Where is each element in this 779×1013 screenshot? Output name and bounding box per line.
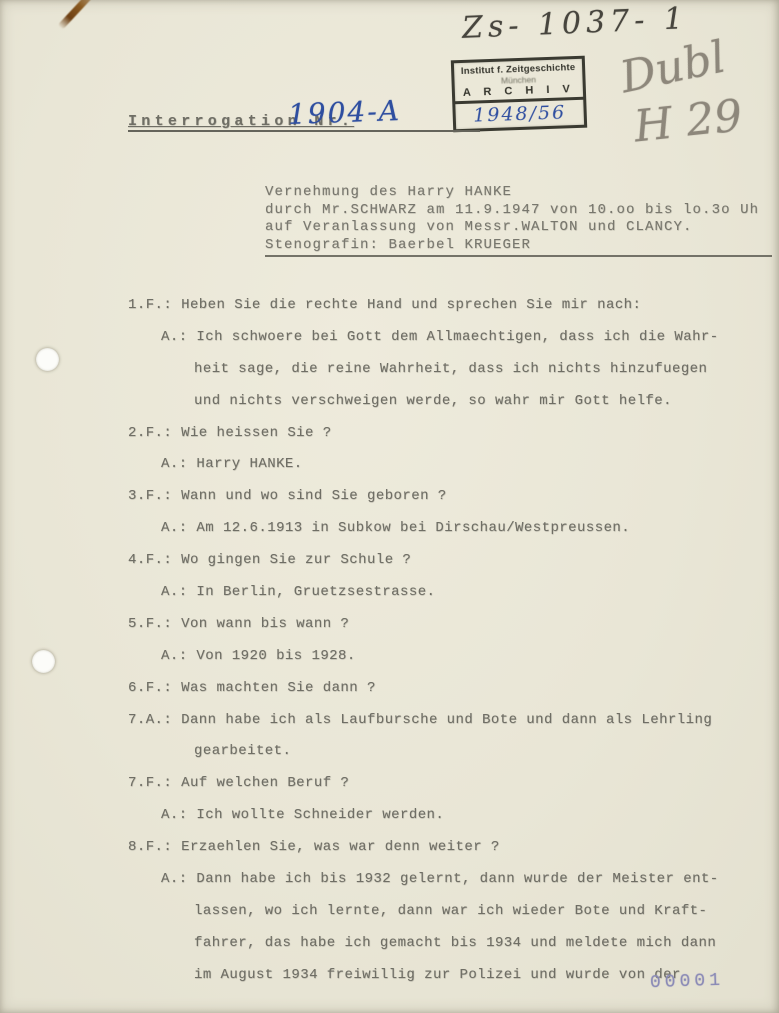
typed-line: A.: Harry HANKE.: [128, 456, 768, 488]
punch-hole-top: [36, 348, 59, 371]
typed-line: 6.F.: Was machten Sie dann ?: [128, 680, 768, 712]
handwritten-interrogation-number: 1904-A: [287, 94, 401, 131]
header-line: Vernehmung des Harry HANKE: [265, 184, 772, 202]
header-line: auf Veranlassung von Messr.WALTON und CL…: [265, 219, 772, 237]
typed-line: 7.F.: Auf welchen Beruf ?: [128, 775, 768, 807]
handwritten-archive-number: Zs- 1037- 1: [461, 1, 688, 46]
header-line: durch Mr.SCHWARZ am 11.9.1947 von 10.oo …: [265, 202, 772, 220]
typed-line: A.: Ich wollte Schneider werden.: [128, 807, 768, 839]
pencil-note-h29: H 29: [632, 90, 745, 152]
typed-line: 8.F.: Erzaehlen Sie, was war denn weiter…: [128, 839, 768, 871]
folio-number-stamp: 00001: [650, 971, 725, 994]
punch-hole-bottom: [32, 650, 55, 673]
typed-line: 4.F.: Wo gingen Sie zur Schule ?: [128, 552, 768, 584]
header-line-stenographer: Stenografin: Baerbel KRUEGER: [265, 237, 772, 258]
typed-line: A.: Von 1920 bis 1928.: [128, 648, 768, 680]
typed-line: A.: Ich schwoere bei Gott dem Allmaechti…: [128, 329, 768, 361]
hearing-header-block: Vernehmung des Harry HANKE durch Mr.SCHW…: [265, 184, 772, 257]
typed-line: A.: Am 12.6.1913 in Subkow bei Dirschau/…: [128, 520, 768, 552]
typed-line: gearbeitet.: [128, 743, 768, 775]
typed-line: 5.F.: Von wann bis wann ?: [128, 616, 768, 648]
interrogation-title-row: Interrogation Nr. 1904-A: [128, 112, 480, 132]
typed-line: 2.F.: Wie heissen Sie ?: [128, 425, 768, 457]
typed-line: A.: In Berlin, Gruetzsestrasse.: [128, 584, 768, 616]
qa-body: 1.F.: Heben Sie die rechte Hand und spre…: [128, 297, 768, 999]
typed-line: A.: Dann habe ich bis 1932 gelernt, dann…: [128, 871, 768, 903]
typed-line: 3.F.: Wann und wo sind Sie geboren ?: [128, 488, 768, 520]
typed-line: lassen, wo ich lernte, dann war ich wied…: [128, 903, 768, 935]
typed-line: 7.A.: Dann habe ich als Laufbursche und …: [128, 712, 768, 744]
typed-line: heit sage, die reine Wahrheit, dass ich …: [128, 361, 768, 393]
typed-line: fahrer, das habe ich gemacht bis 1934 un…: [128, 935, 768, 967]
rust-stain: [57, 0, 99, 30]
typed-line: und nichts verschweigen werde, so wahr m…: [128, 393, 768, 425]
scanned-document-page: Zs- 1037- 1 Institut f. Zeitgeschichte M…: [0, 0, 779, 1013]
typed-line: 1.F.: Heben Sie die rechte Hand und spre…: [128, 297, 768, 329]
